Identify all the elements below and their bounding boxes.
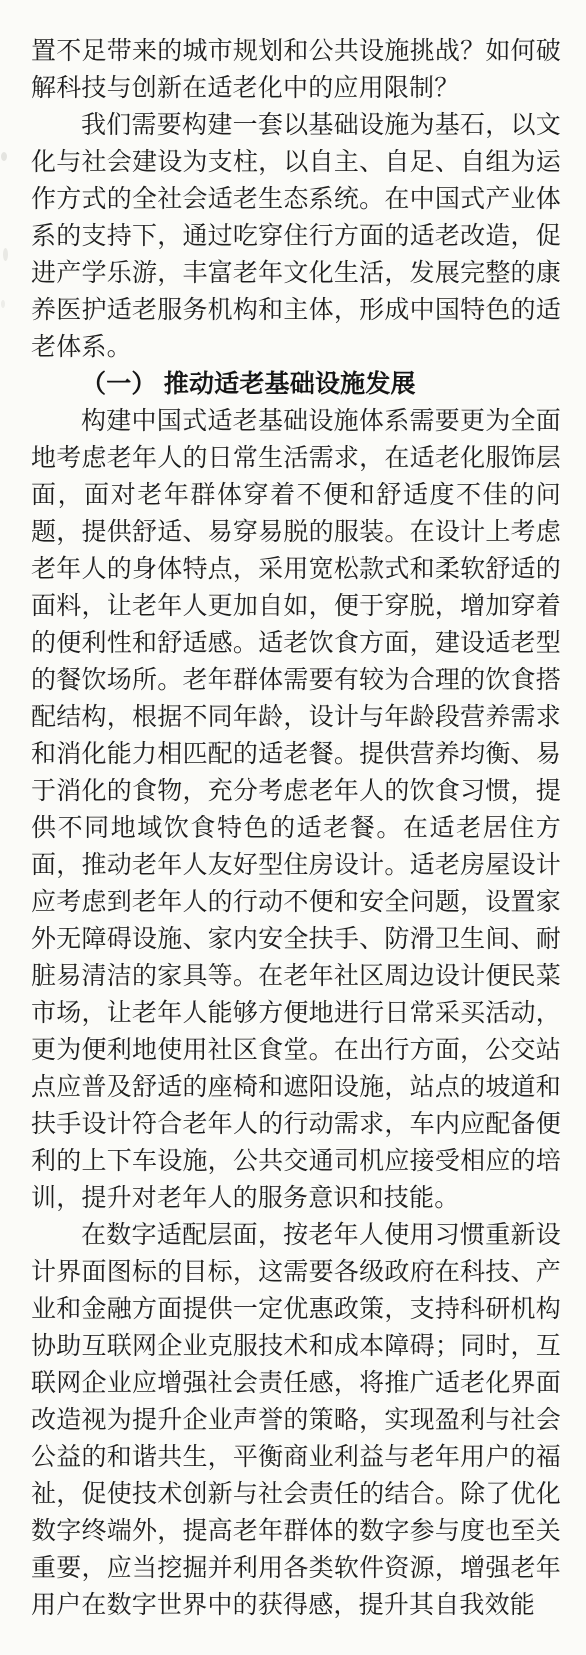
paragraph-continuation: 置不足带来的城市规划和公共设施挑战？如何破解科技与创新在适老化中的应用限制？ bbox=[31, 33, 561, 107]
section-heading: （一） 推动适老基础设施发展 bbox=[31, 366, 561, 403]
document-page: 置不足带来的城市规划和公共设施挑战？如何破解科技与创新在适老化中的应用限制？ 我… bbox=[0, 0, 586, 1655]
paragraph: 我们需要构建一套以基础设施为基石，以文化与社会建设为支柱，以自主、自足、自组为运… bbox=[31, 107, 561, 366]
paragraph: 在数字适配层面，按老年人使用习惯重新设计界面图标的目标，这需要各级政府在科技、产… bbox=[31, 1217, 561, 1624]
paragraph: 构建中国式适老基础设施体系需要更为全面地考虑老年人的日常生活需求，在适老化服饰层… bbox=[31, 403, 561, 1217]
scanned-book-page: { "page": { "background_color": "#fbfbf8… bbox=[0, 0, 586, 1655]
